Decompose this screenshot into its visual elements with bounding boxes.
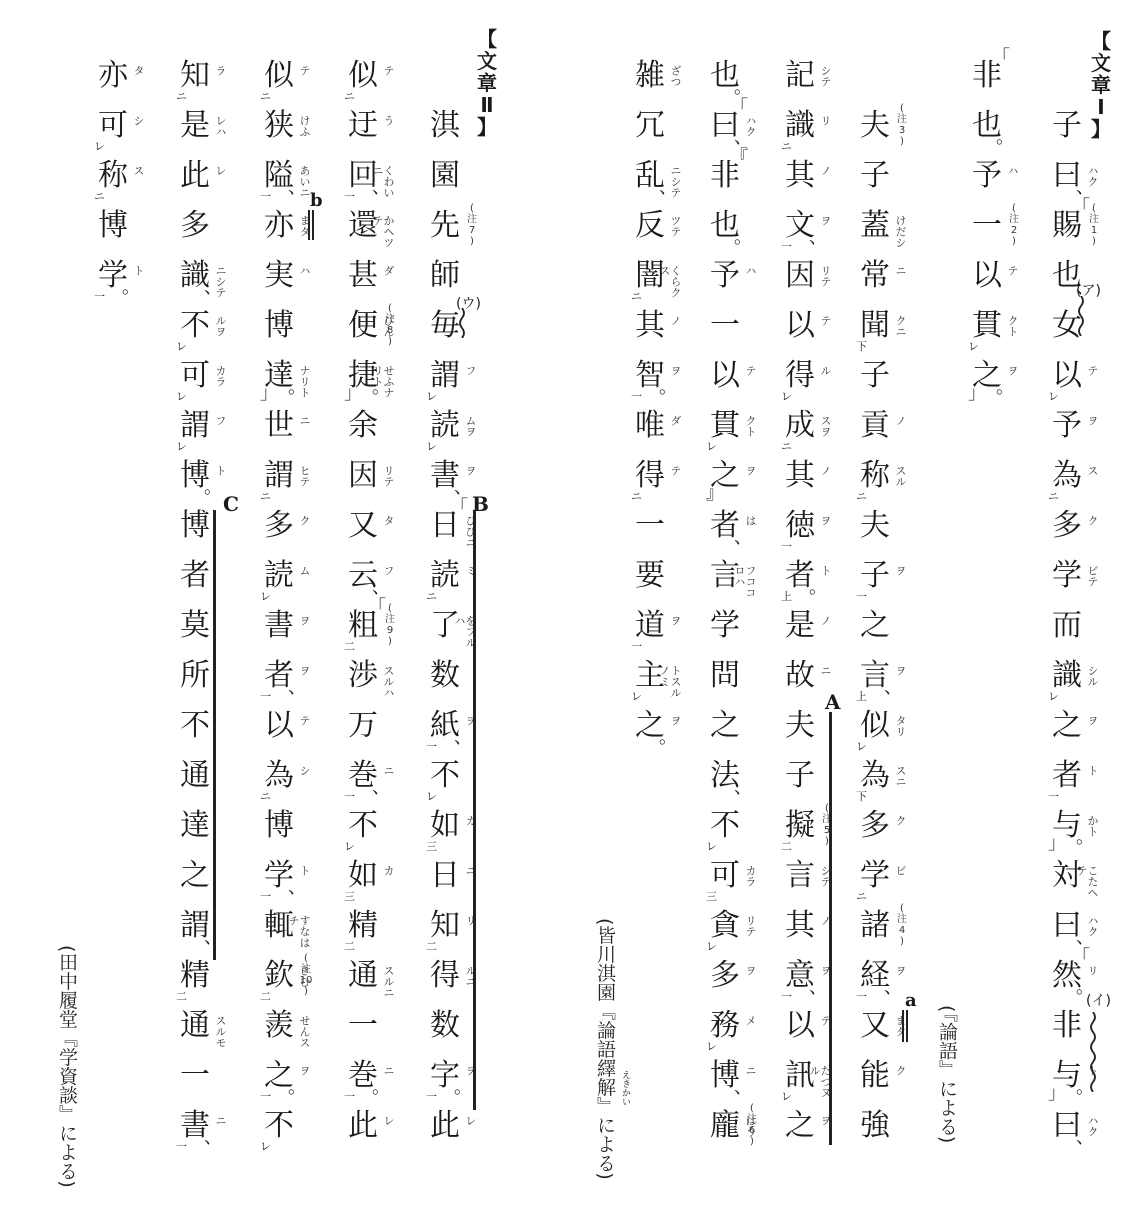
- kaeriten: ニ: [344, 91, 355, 102]
- kanji: 者: [1050, 759, 1084, 793]
- kanji-char: 先: [430, 208, 460, 243]
- kanji-char: 故: [785, 658, 815, 693]
- okurigana: ハク: [1086, 165, 1098, 187]
- kanji-cell: 意、ヲ一: [783, 955, 817, 1005]
- kaeriten: レ: [260, 591, 271, 602]
- kanji-cell: 還かヘツテ: [346, 205, 380, 255]
- kanji-char: 之: [180, 858, 210, 893]
- okurigana: タ: [382, 515, 394, 526]
- kanji: 一: [178, 1059, 212, 1093]
- kanji-cell: 字。ヲ一: [428, 1055, 462, 1105]
- kanji-cell: 学。ト一: [96, 255, 130, 305]
- kanji: 毎: [428, 309, 462, 343]
- marker-a-paren: (ア): [1076, 280, 1101, 300]
- kanji: 多: [178, 209, 212, 243]
- source-gakushidan: (田中履堂『学資談』による): [56, 945, 78, 1188]
- kaeriten: 上: [856, 691, 867, 702]
- okurigana: ヲ: [894, 565, 906, 576]
- kanji-char: 博: [264, 808, 294, 843]
- kaeriten: ニ: [781, 141, 792, 152]
- annotation-number: 3: [895, 125, 909, 136]
- kanji-char: 一: [348, 1008, 378, 1043]
- kanji-char: 博: [264, 308, 294, 343]
- kanji-cell: 諸(注4): [858, 905, 892, 955]
- kanji-cell: 知ラニ: [178, 55, 212, 105]
- kanji: 博: [96, 209, 130, 243]
- kanji-cell: 為スニ下: [858, 755, 892, 805]
- kanji: 通: [178, 1009, 212, 1043]
- kanji-cell: 称スルニ: [858, 455, 892, 505]
- kanji: 博。: [178, 459, 212, 493]
- kanji-char: 貢: [860, 408, 890, 443]
- kanji-cell: 者。ト上: [783, 555, 817, 605]
- punctuation: 、: [204, 1129, 222, 1147]
- kanji-cell: 之ヲ: [1050, 705, 1084, 755]
- kanji-cell: 読ムヲレ: [428, 405, 462, 455]
- okurigana: せんス: [298, 1015, 310, 1048]
- kanji-cell: 而: [1050, 605, 1084, 655]
- kanji: 曰、: [1050, 1109, 1084, 1143]
- kanji-cell: 其ノ: [783, 455, 817, 505]
- kanji: 賜「: [1050, 209, 1084, 243]
- kanji-cell: 経、ヲ一: [858, 955, 892, 1005]
- okurigana: ム: [298, 565, 310, 576]
- kanji: 其: [783, 459, 817, 493]
- kanji-cell: 以テ: [262, 705, 296, 755]
- double-bar-a: [902, 1010, 908, 1042]
- kanji-char: 園: [430, 158, 460, 193]
- kanji-cell: 得ルレ: [783, 355, 817, 405]
- kaeriten: レ: [706, 441, 717, 452]
- kanji-char: 務: [710, 1008, 740, 1043]
- kanji-cell: 精二: [346, 905, 380, 955]
- kanji: 精: [178, 959, 212, 993]
- kanji-char: 多: [264, 508, 294, 543]
- kanji-char: 不: [430, 758, 460, 793]
- okurigana: クニ: [894, 315, 906, 337]
- okurigana: ノ: [669, 315, 681, 326]
- kanji-cell: 者、は: [708, 505, 742, 555]
- okurigana: ハク: [744, 115, 756, 137]
- closing-bracket: 」: [968, 385, 986, 403]
- kaeriten: ニ: [856, 491, 867, 502]
- okurigana: クト: [1006, 315, 1018, 337]
- okurigana: メ: [744, 1015, 756, 1026]
- kanji: 学、: [262, 859, 296, 893]
- kaeriten: レ: [968, 341, 979, 352]
- text-column-t2c5: 亦タ可シレ称スニ博学。ト一: [96, 55, 130, 305]
- kanji: 之。」: [970, 359, 1004, 393]
- okurigana: ト: [819, 565, 831, 576]
- kanji-char: 一: [710, 308, 740, 343]
- punctuation: 。: [372, 1079, 390, 1097]
- kanji-char: 所: [180, 658, 210, 693]
- kanji: 此: [428, 1109, 462, 1143]
- sideline-B: [473, 510, 476, 1110]
- kanji-cell: 数: [428, 1005, 462, 1055]
- kaeriten: レ: [781, 1091, 792, 1102]
- kanji: 読: [428, 559, 462, 593]
- kanji-char: 称: [98, 158, 128, 193]
- kanji-cell: 博: [96, 205, 130, 255]
- okurigana: ツテ: [669, 215, 681, 237]
- kanji-cell: 園: [428, 155, 462, 205]
- kanji-cell: 与。」かト: [1050, 805, 1084, 855]
- okurigana: レ: [214, 165, 226, 176]
- kanji-char: 之: [860, 608, 890, 643]
- okurigana: カラ: [214, 365, 226, 387]
- kanji-cell: 非『: [708, 155, 742, 205]
- kanji-cell: 故ニ: [783, 655, 817, 705]
- kanji: 又: [346, 509, 380, 543]
- punctuation: 。: [996, 379, 1014, 397]
- kanji: 数: [428, 659, 462, 693]
- kanji-cell: 博: [262, 805, 296, 855]
- kaeriten: 三: [344, 891, 355, 902]
- kanji: 以: [1050, 359, 1084, 393]
- kanji-cell: 之: [708, 705, 742, 755]
- okurigana: カ: [382, 865, 394, 876]
- kanji-char: 其: [785, 908, 815, 943]
- kanji: 意、: [783, 959, 817, 993]
- kanji-cell: 日ニ: [428, 855, 462, 905]
- kanji-cell: 夫(注3): [858, 105, 892, 155]
- kanji-char: 為: [264, 758, 294, 793]
- okurigana: こたヘテ: [1086, 865, 1098, 905]
- text-column-t2c4: 知ラニ是レハ此レ多識、ニシテ不ルヲレ可カラレ謂フレ博。ト博者莫所不通達之謂、精二…: [178, 55, 212, 1155]
- punctuation: 、: [809, 229, 827, 247]
- okurigana: ヲ: [298, 665, 310, 676]
- kaeriten: 三: [706, 891, 717, 902]
- kaeriten: 一: [344, 191, 355, 202]
- kanji-char: 知: [430, 908, 460, 943]
- kanji: 成: [783, 409, 817, 443]
- okurigana: ス: [1086, 465, 1098, 476]
- kanji-cell: 又タ: [346, 505, 380, 555]
- kanji-char: 予: [710, 258, 740, 293]
- kanji: 諸: [858, 909, 892, 943]
- okurigana: ムヲ: [464, 415, 476, 437]
- heading-text-1-char: Ⅰ: [1086, 96, 1116, 118]
- kanji: 曰「、: [708, 109, 742, 143]
- kanji-cell: 子: [1050, 105, 1084, 155]
- kanji: 謂: [262, 459, 296, 493]
- kanji: 者: [178, 559, 212, 593]
- kaeriten: ニ: [260, 791, 271, 802]
- kanji-cell: 子: [858, 155, 892, 205]
- kanji-cell: 似テニ: [262, 55, 296, 105]
- kaeriten: 一: [781, 541, 792, 552]
- punctuation: 。: [809, 579, 827, 597]
- kanji-char: 是: [785, 608, 815, 643]
- punctuation: 、: [372, 779, 390, 797]
- kanji: 徳: [783, 509, 817, 543]
- kanji-char: 不: [264, 1108, 294, 1143]
- punctuation: 、: [734, 529, 752, 547]
- kanji-cell: 以テ: [708, 355, 742, 405]
- kanji: 擬: [783, 809, 817, 843]
- kaeriten: 二: [344, 941, 355, 952]
- kanji-char: 羨: [264, 1008, 294, 1043]
- kanji-char: 要: [635, 558, 665, 593]
- kanji: 学: [708, 609, 742, 643]
- okurigana: ク: [1086, 515, 1098, 526]
- kanji-cell: 隘、あいニ一: [262, 155, 296, 205]
- text-column-t2c1: 淇園先(注7)師毎謂フレ読ムヲレ書、ヲ日「ひびニ読ミニ了をフルハ数紙、ヲ一不レ如…: [428, 105, 462, 1155]
- opening-bracket: 『: [730, 149, 748, 167]
- kanji: 識、: [178, 259, 212, 293]
- heading-text-2-char: 章: [472, 72, 502, 94]
- kanji-char: 達: [180, 808, 210, 843]
- kanji-char: 諸: [860, 908, 890, 943]
- kaeriten: レ: [856, 741, 867, 752]
- kanji: 道: [633, 609, 667, 643]
- okurigana: ニ: [382, 765, 394, 776]
- kanji: 子: [783, 759, 817, 793]
- kanji: 以: [262, 709, 296, 743]
- kanji: 之。: [633, 709, 667, 743]
- okurigana: ヲ: [1086, 415, 1098, 426]
- okurigana: ク: [894, 815, 906, 826]
- okurigana: ニ: [819, 665, 831, 676]
- kanji: 不: [428, 759, 462, 793]
- okurigana: くわいニ: [382, 165, 394, 205]
- okurigana: は: [744, 515, 756, 526]
- kanji-char: 迂: [348, 108, 378, 143]
- kaeriten: 上: [781, 591, 792, 602]
- kanji-char: 多: [180, 208, 210, 243]
- okurigana: フココロハ: [744, 565, 756, 605]
- kanji-cell: 日「ひびニ: [428, 505, 462, 555]
- okurigana: けだシ: [894, 215, 906, 248]
- okurigana: ヲ: [298, 615, 310, 626]
- kanji-char: 不: [180, 308, 210, 343]
- kanji-char: 之: [785, 1108, 815, 1143]
- kanji: 子: [1050, 109, 1084, 143]
- kaeriten: レ: [781, 391, 792, 402]
- kanji: 学。: [96, 259, 130, 293]
- kanji: 一: [633, 509, 667, 543]
- punctuation: 。: [734, 229, 752, 247]
- text-column-t1c6: 雑ざつ冗乱、ニシテ反ツテ闇くらクスニ其ノ智。ヲ一唯ダ得テニ一要道ヲ一主トスルノミ…: [633, 55, 667, 755]
- kanji-char: 甚: [348, 258, 378, 293]
- kanji-char: 莫: [180, 608, 210, 643]
- kaeriten: ニ: [176, 91, 187, 102]
- kaeriten: ニ: [856, 891, 867, 902]
- kanji-char: 不: [710, 808, 740, 843]
- kaeriten: レ: [706, 1041, 717, 1052]
- annotation-number: 2: [1007, 225, 1021, 236]
- kanji-cell: 擬二(注5): [783, 805, 817, 855]
- kanji: 之: [178, 859, 212, 893]
- marker-B: B: [472, 492, 489, 516]
- kanji-char: 此: [348, 1108, 378, 1143]
- kanji: 夫: [858, 509, 892, 543]
- okurigana: ト: [1086, 765, 1098, 776]
- kanji-cell: 以テ: [783, 1005, 817, 1055]
- kanji: 其: [783, 159, 817, 193]
- kanji-char: 以: [710, 358, 740, 393]
- kanji: 蓋: [858, 209, 892, 243]
- kanji-cell: 又まタ: [858, 1005, 892, 1055]
- kanji: 莫: [178, 609, 212, 643]
- kanji-cell: 不レ: [262, 1105, 296, 1155]
- kanji-cell: 予ハ: [970, 155, 1004, 205]
- kanji-cell: 識シルレ: [1050, 655, 1084, 705]
- kanji-cell: 余: [346, 405, 380, 455]
- kaeriten: レ: [260, 1141, 271, 1152]
- annotation-number: 10: [299, 975, 313, 986]
- kanji: 非『: [708, 159, 742, 193]
- kanji-char: 以: [785, 308, 815, 343]
- kanji: 強: [858, 1109, 892, 1143]
- kanji: 可: [96, 109, 130, 143]
- kanji-cell: 数: [428, 655, 462, 705]
- heading-text-1: 【 文 章 Ⅰ 】: [1086, 30, 1116, 140]
- kanji-char: 記: [785, 58, 815, 93]
- kaeriten: 一: [344, 1091, 355, 1102]
- kanji: 記: [783, 59, 817, 93]
- okurigana: ハ: [298, 265, 310, 276]
- okurigana: シ: [132, 115, 144, 126]
- kanji-cell: 書、ニ一: [178, 1105, 212, 1155]
- kanji-cell: 欽きむ二(注10): [262, 955, 296, 1005]
- kanji: 与。」: [1050, 1059, 1084, 1093]
- kaeriten: ニ: [631, 291, 642, 302]
- punctuation: 、: [884, 979, 902, 997]
- kanji-cell: 不ルヲレ: [178, 305, 212, 355]
- okurigana: リ: [819, 115, 831, 126]
- kanji-cell: 之。」ヲ: [970, 355, 1004, 405]
- kanji: 務: [708, 1009, 742, 1043]
- annotation-note: (注2): [1007, 203, 1021, 247]
- heading-text-2-char: Ⅱ: [472, 94, 502, 116]
- kanji-cell: 以テ: [970, 255, 1004, 305]
- kanji-char: 謂: [180, 408, 210, 443]
- kanji-cell: 龐はう(注6): [708, 1105, 742, 1155]
- kanji-cell: 夫: [783, 705, 817, 755]
- okurigana: テ: [1086, 365, 1098, 376]
- kaeriten: 一: [1048, 791, 1059, 802]
- okurigana: ヒテ: [298, 465, 310, 487]
- kaeriten: ニ: [260, 91, 271, 102]
- okurigana: ニシテ: [214, 265, 226, 298]
- kanji-cell: 為スニ: [1050, 455, 1084, 505]
- okurigana: ニ: [382, 1065, 394, 1076]
- kanji-char: 謂: [430, 358, 460, 393]
- okurigana: テ: [744, 365, 756, 376]
- kanji-cell: 多: [178, 205, 212, 255]
- kaeriten: レ: [426, 441, 437, 452]
- kaeriten: 一: [176, 1141, 187, 1152]
- okurigana: スルモ: [214, 1015, 226, 1048]
- kanji-cell: 一: [708, 305, 742, 355]
- kanji-cell: 達: [178, 805, 212, 855]
- kanji-char: 其: [785, 458, 815, 493]
- kanji-cell: 其ノ: [633, 305, 667, 355]
- kanji-char: 因: [348, 458, 378, 493]
- kanji: 者、: [708, 509, 742, 543]
- kanji: 可: [178, 359, 212, 393]
- kanji-cell: 似タリレ: [858, 705, 892, 755]
- okurigana: リ: [1086, 965, 1098, 976]
- kanji: 者、: [262, 659, 296, 693]
- kanji-cell: 識リニ: [783, 105, 817, 155]
- kanji-cell: 賜「(注1): [1050, 205, 1084, 255]
- kaeriten: 一: [781, 991, 792, 1002]
- annotation-note: (注1): [1087, 203, 1101, 247]
- kanji-cell: 唯ダ: [633, 405, 667, 455]
- text-column-t1c5: 也。曰「、ハク非『也。予ハ一以テ貫クトレ之』ヲ者、は言フココロハ学問之法、不レ可…: [708, 55, 742, 1155]
- kaeriten: レ: [426, 791, 437, 802]
- kanji-char: 通: [180, 758, 210, 793]
- kanji-cell: 乱、ニシテ: [633, 155, 667, 205]
- kanji: 文、: [783, 209, 817, 243]
- kanji: 似: [262, 59, 296, 93]
- kaeriten: レ: [706, 841, 717, 852]
- kanji-char: 毎: [430, 308, 460, 343]
- kanji-cell: 子: [858, 355, 892, 405]
- okurigana: ヲ: [669, 365, 681, 376]
- kanji-cell: 貫クトレ: [970, 305, 1004, 355]
- kanji-char: 淇: [430, 108, 460, 143]
- kaeriten: 下: [856, 791, 867, 802]
- kanji-cell: 先(注7): [428, 205, 462, 255]
- kanji-cell: 此レ: [178, 155, 212, 205]
- okurigana: ルヲ: [214, 315, 226, 337]
- kanji-cell: 亦タ: [96, 55, 130, 105]
- kanji: 之: [708, 709, 742, 743]
- kanji: 之: [858, 609, 892, 643]
- kanji: 識: [783, 109, 817, 143]
- kaeriten: 一: [856, 991, 867, 1002]
- kanji-char: 強: [860, 1108, 890, 1143]
- annotation-note: (注10): [299, 953, 313, 997]
- kaeriten: レ: [1048, 691, 1059, 702]
- kanji-cell: 得ルニ: [428, 955, 462, 1005]
- okurigana: ニシテ: [669, 165, 681, 198]
- kanji-char: 者: [1052, 758, 1082, 793]
- kanji-char: 子: [785, 758, 815, 793]
- okurigana: ハク: [1086, 1115, 1098, 1137]
- kanji: 称: [96, 159, 130, 193]
- kanji-cell: 之: [178, 855, 212, 905]
- source-kien-ruby: えきかい: [619, 1070, 632, 1106]
- kanji: 達。」: [262, 359, 296, 393]
- kanji: 知: [178, 59, 212, 93]
- kanji-char: 通: [348, 958, 378, 993]
- kanji-char: 亦: [98, 58, 128, 93]
- kanji-cell: 然「。リ: [1050, 955, 1084, 1005]
- kanji-char: 不: [180, 708, 210, 743]
- okurigana: ダ: [382, 265, 394, 276]
- kanji-char: 貫: [972, 308, 1002, 343]
- kanji: 乱、: [633, 159, 667, 193]
- kanji-char: 多: [860, 808, 890, 843]
- okurigana: シル: [1086, 665, 1098, 687]
- kanji-char: 以: [972, 258, 1002, 293]
- kanji-cell: 似テニ: [346, 55, 380, 105]
- kanji-char: 数: [430, 1008, 460, 1043]
- kanji-char: 万: [348, 708, 378, 743]
- kanji-cell: 称スニ: [96, 155, 130, 205]
- okurigana: ヲ: [819, 515, 831, 526]
- kaeriten: 一: [426, 741, 437, 752]
- kanji-cell: 精二: [178, 955, 212, 1005]
- kanji: 者。: [783, 559, 817, 593]
- kanji-char: 成: [785, 408, 815, 443]
- kanji-cell: 対こたヘテ: [1050, 855, 1084, 905]
